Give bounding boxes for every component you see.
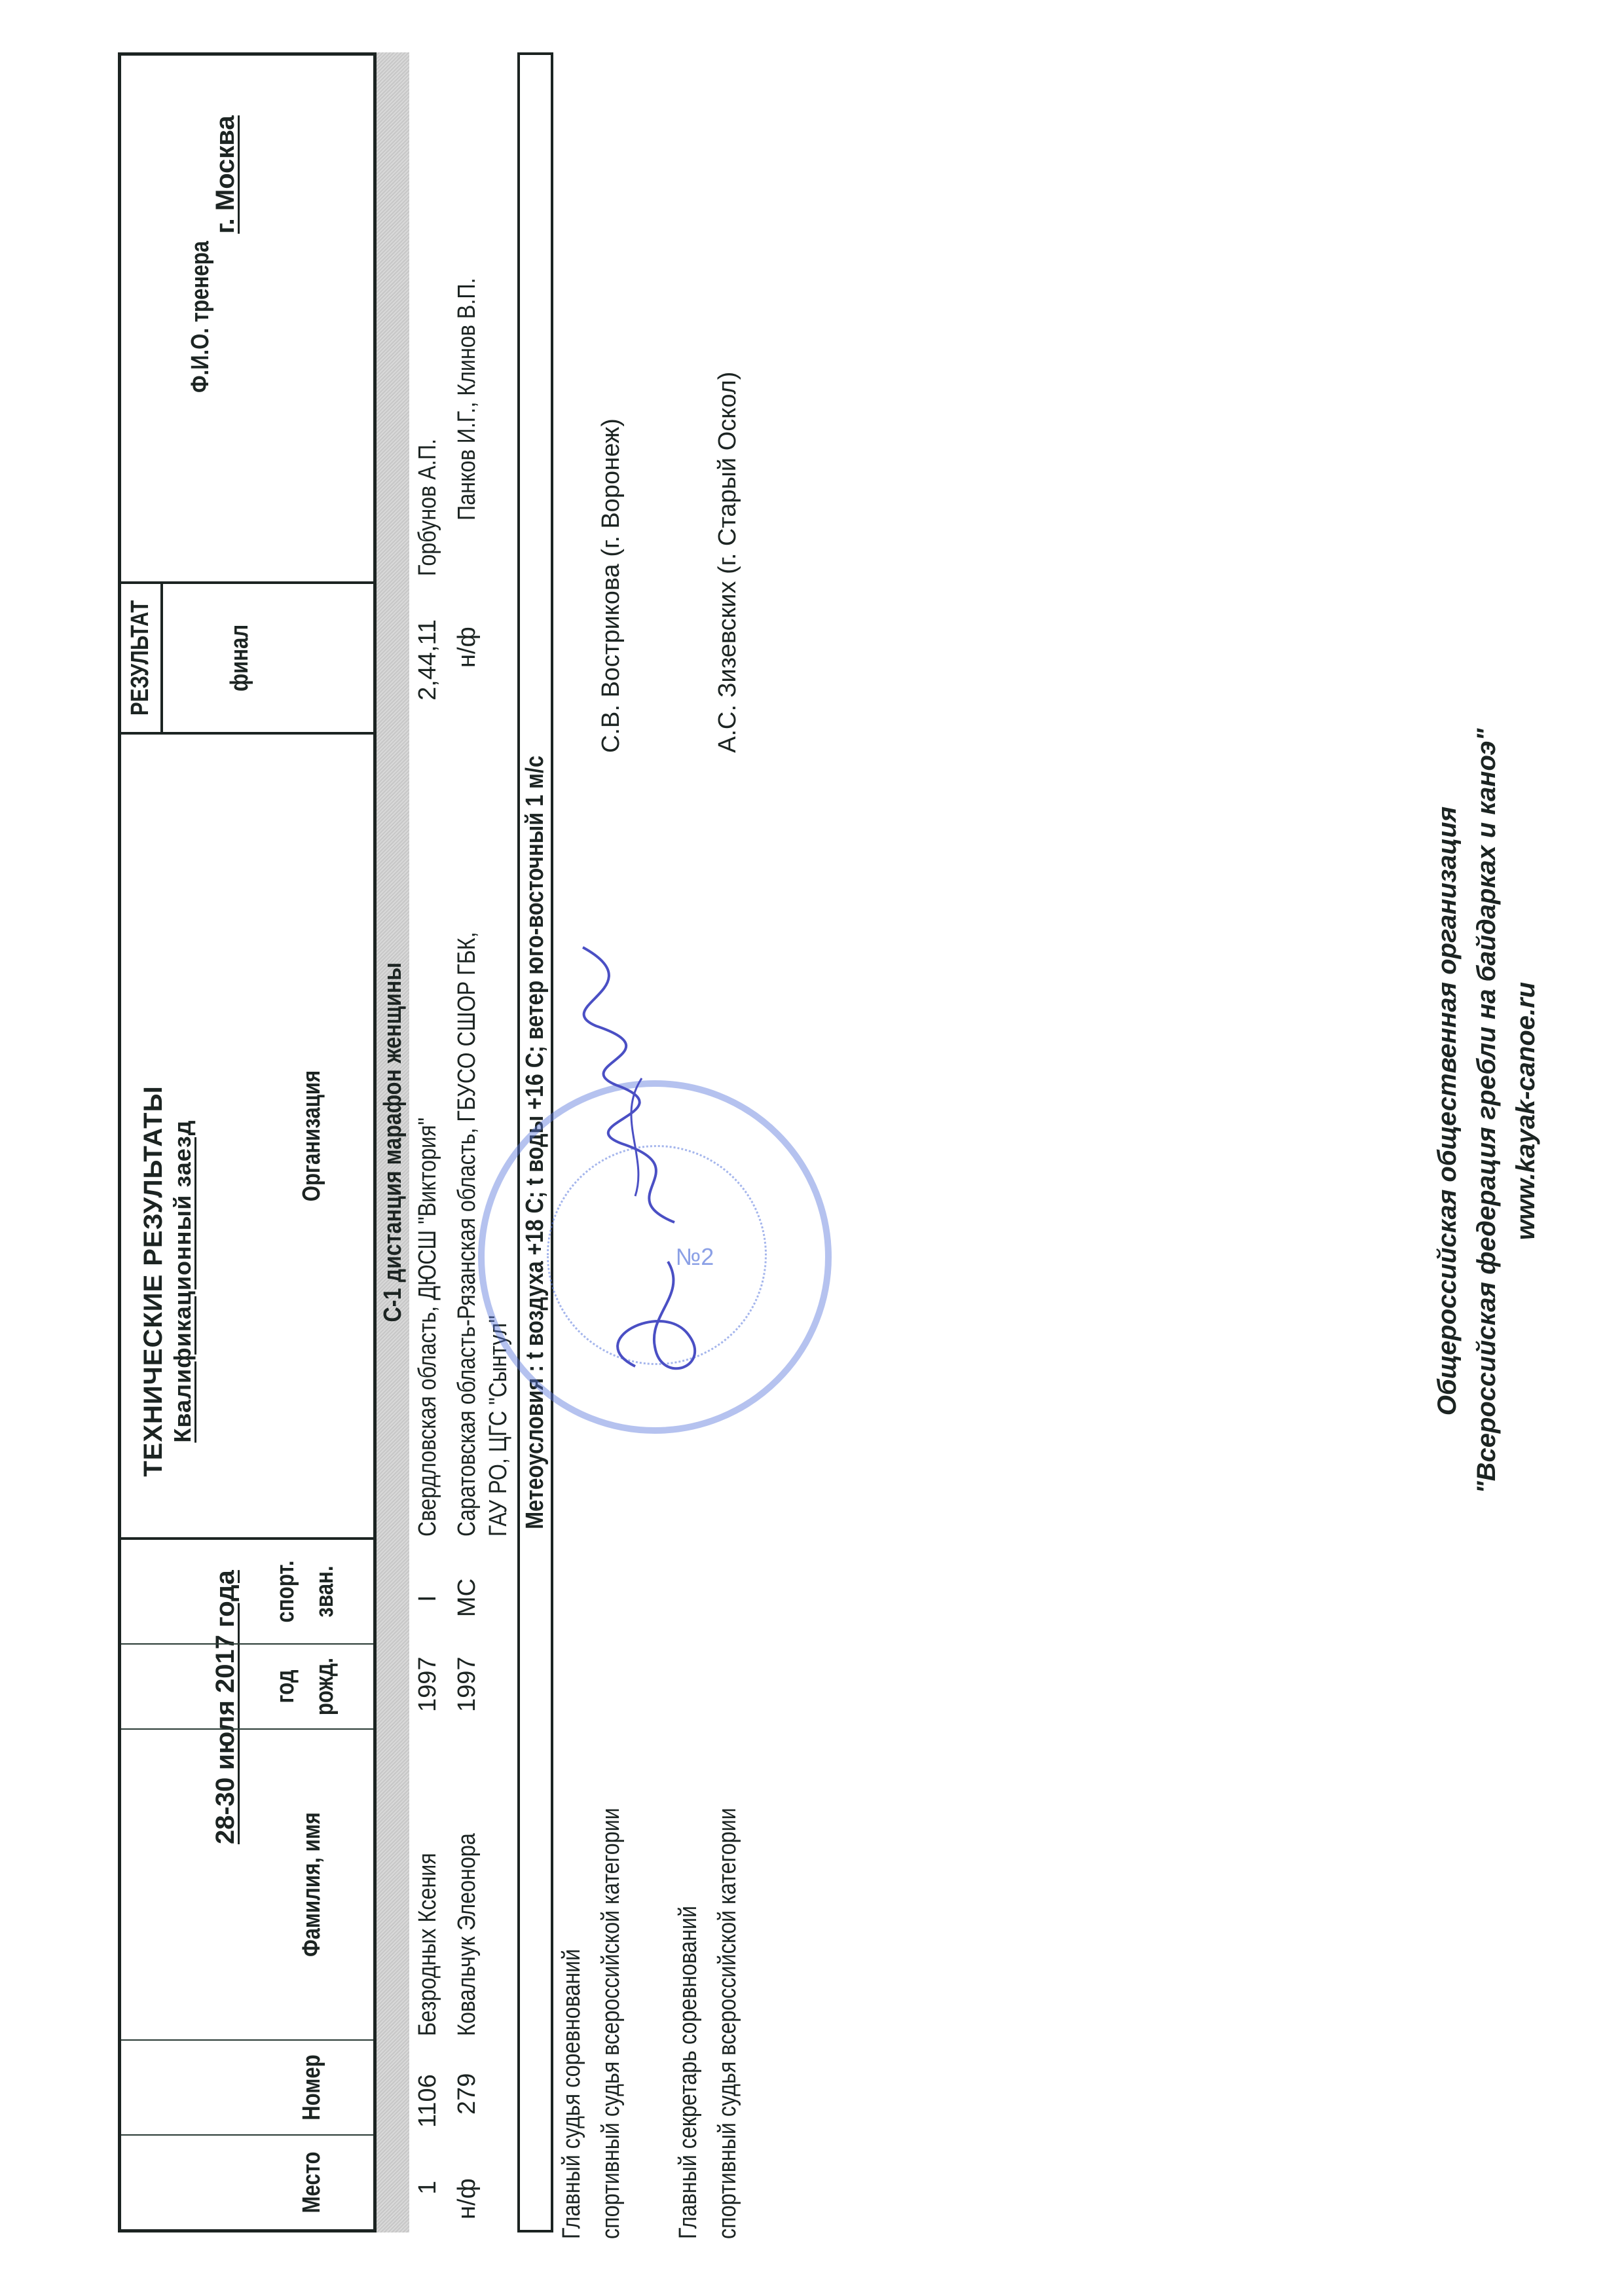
col-birth-year: год рожд. [121, 1645, 373, 1730]
footer-line-1: Общероссийская общественная организация [1433, 581, 1462, 1641]
results-document: ТЕХНИЧЕСКИЕ РЕЗУЛЬТАТЫ Квалификационный … [0, 0, 1624, 2296]
header-birth-year-1: год [272, 1652, 300, 1721]
chief-judge-name: С.В. Вострикова (г. Воронеж) [597, 418, 625, 753]
chief-judge-title-2: спортивный судья всероссийской категории [597, 1732, 625, 2239]
col-place: Место [121, 2136, 373, 2229]
cell-birth-year: 1997 [453, 1656, 481, 1712]
header-result-final: финал [226, 597, 254, 718]
category-label: С-1 дистанция марафон женщины [377, 962, 409, 1322]
cell-rank: МС [453, 1578, 481, 1617]
chief-secretary-name: А.С. Зизевских (г. Старый Оскол) [714, 372, 742, 753]
col-organization: Организация [121, 735, 373, 1540]
cell-result: н/ф [453, 627, 481, 668]
category-band: С-1 дистанция марафон женщины [377, 52, 409, 2232]
chief-judge-title-1: Главный судья соревнований [558, 1898, 586, 2239]
table-row: 1 1106 Безродных Ксения 1997 I Свердловс… [414, 52, 447, 2232]
col-number: Номер [121, 2041, 373, 2136]
header-coach: Ф.И.О. тренера [187, 100, 215, 534]
cell-organization: Свердловская область, ДЮСШ "Виктория" [414, 1118, 442, 1537]
table-header: Место Номер Фамилия, имя год рожд. спорт… [118, 52, 377, 2232]
col-name: Фамилия, имя [121, 1730, 373, 2041]
header-organization: Организация [298, 807, 326, 1465]
header-rank-1: спорт. [272, 1549, 300, 1634]
cell-place: н/ф [453, 2178, 481, 2219]
result-group-header: РЕЗУЛЬТАТ [121, 584, 163, 732]
cell-result: 2,44,11 [414, 619, 442, 701]
col-result: РЕЗУЛЬТАТ финал [121, 584, 373, 735]
header-rank-2: зван. [311, 1549, 339, 1634]
header-result: РЕЗУЛЬТАТ [126, 597, 155, 718]
cell-rank: I [414, 1595, 442, 1602]
footer-website[interactable]: www.kayak-canoe.ru [1511, 581, 1541, 1641]
col-rank: спорт. зван. [121, 1540, 373, 1645]
table-row: н/ф 279 Ковальчук Элеонора 1997 МС Сарат… [453, 52, 517, 2232]
header-number: Номер [298, 2049, 326, 2126]
cell-birth-year: 1997 [414, 1656, 442, 1712]
handwritten-signatures-icon [557, 934, 753, 1393]
col-coach: Ф.И.О. тренера [121, 52, 373, 584]
header-place: Место [298, 2144, 326, 2221]
cell-coach: Панков И.Г., Клинов В.П. [453, 278, 481, 520]
chief-secretary-title-1: Главный секретарь соревнований [674, 1847, 703, 2239]
cell-name: Ковальчук Элеонора [453, 1833, 481, 2036]
cell-coach: Горбунов А.П. [414, 439, 442, 576]
cell-number: 1106 [414, 2074, 442, 2128]
cell-organization-line-1: Саратовская область-Рязанская область, Г… [453, 932, 481, 1537]
header-birth-year-2: рожд. [311, 1652, 339, 1721]
cell-number: 279 [453, 2073, 481, 2115]
cell-name: Безродных Ксения [414, 1853, 442, 2036]
header-name: Фамилия, имя [298, 1758, 326, 2012]
footer-line-2: "Всероссийская федерация гребли на байда… [1472, 581, 1502, 1641]
chief-secretary-title-2: спортивный судья всероссийской категории [714, 1732, 742, 2239]
cell-place: 1 [414, 2181, 442, 2195]
